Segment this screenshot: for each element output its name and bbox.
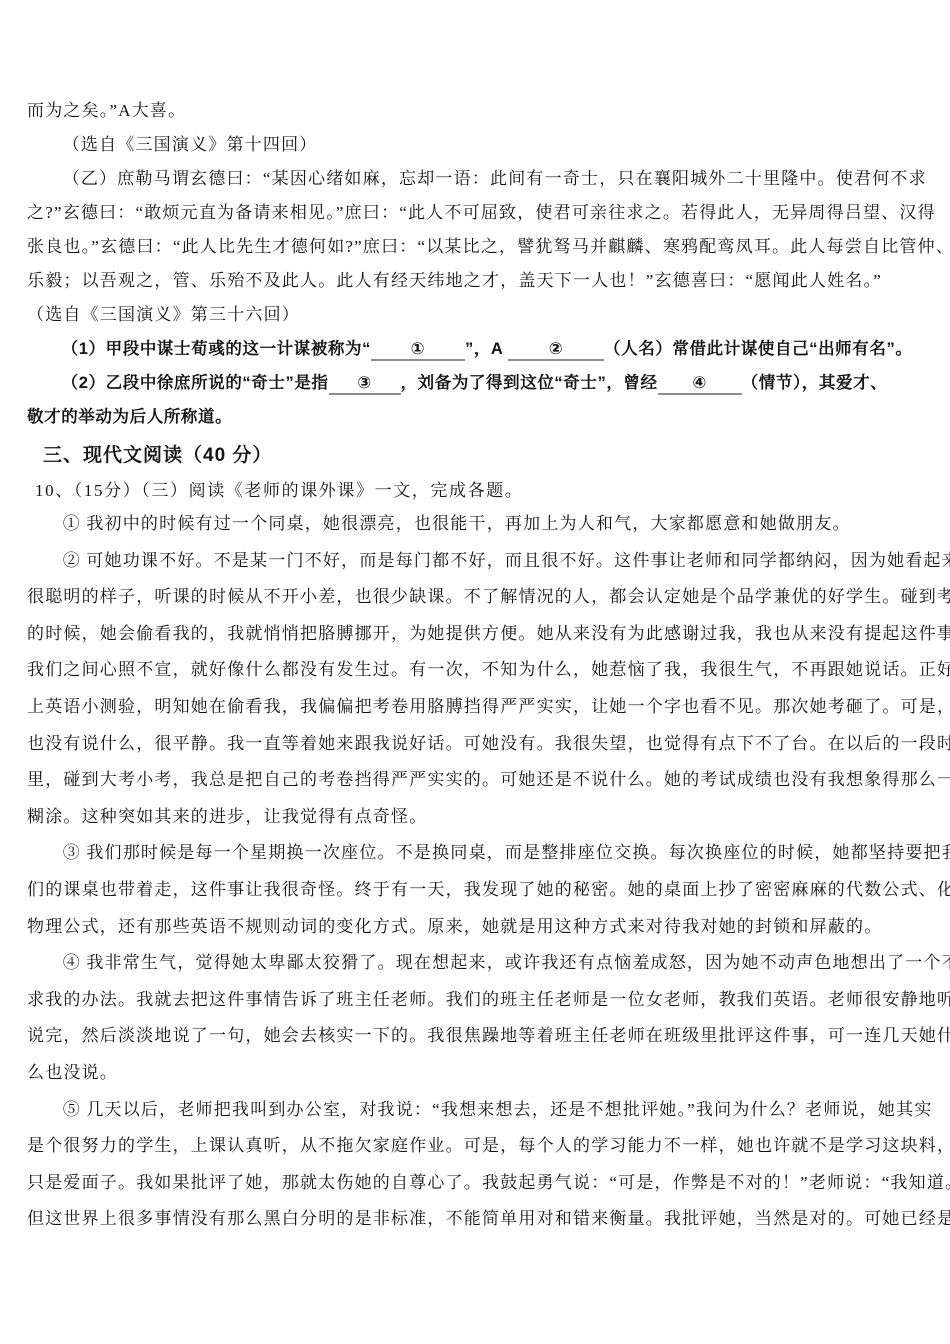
answer-blank: ③ xyxy=(329,374,401,395)
passage-para-4-line-2: 求我的办法。我就去把这件事情告诉了班主任老师。我们的班主任老师是一位女老师，教我… xyxy=(27,982,917,1019)
passage-para-3-line-1: ③ 我们那时候是每一个星期换一次座位。不是换同桌，而是整排座位交换。每次换座位的… xyxy=(27,835,917,872)
text-run: 也没有说什么，很平静。我一直等着她来跟我说好话。可她没有。我很失望，也觉得有点下… xyxy=(27,734,950,753)
passage-para-2-line-3: 的时候，她会偷看我的，我就悄悄把胳膊挪开，为她提供方便。她从来没有为此感谢过我，… xyxy=(27,616,917,653)
text-run: ① 我初中的时候有过一个同桌，她很漂亮，也很能干，再加上为人和气，大家都愿意和她… xyxy=(63,514,851,533)
text-run: ⑤ 几天以后，老师把我叫到办公室，对我说：“我想来想去，还是不想批评她。”我问为… xyxy=(63,1100,933,1119)
question-2: （2）乙段中徐庶所说的“奇士”是指③，刘备为了得到这位“奇士”，曾经④（情节），… xyxy=(27,366,917,400)
text-run: 么也没说。 xyxy=(27,1063,118,1082)
document-body: 而为之矣。”A大喜。（选自《三国演义》第十四回）（乙）庶勒马谓玄德曰：“某因心绪… xyxy=(27,94,917,1238)
text-run: ”，A xyxy=(465,340,508,358)
passage-para-2-line-8: 糊涂。这种突如其来的进步，让我觉得有点奇怪。 xyxy=(27,799,917,836)
text-run: 物理公式，还有那些英语不规则动词的变化方式。原来，她就是用这种方式来对待我对她的… xyxy=(27,917,882,936)
passage-para-2-line-2: 很聪明的样子，听课的时候从不开小差，也很少缺课。不了解情况的人，都会认定她是个品… xyxy=(27,579,917,616)
passage-para-2-line-5: 上英语小测验，明知她在偷看我，我偏偏把考卷用胳膊挡得严严实实，让她一个字也看不见… xyxy=(27,689,917,726)
question-2-cont: 敬才的举动为后人所称道。 xyxy=(27,400,917,434)
text-run: 10、（15分）（三）阅读《老师的课外课》一文，完成各题。 xyxy=(35,481,523,500)
text-run: 糊涂。这种突如其来的进步，让我觉得有点奇怪。 xyxy=(27,807,427,826)
text-run: 三、现代文阅读（40 分） xyxy=(43,445,272,466)
passage-para-5-line-1: ⑤ 几天以后，老师把我叫到办公室，对我说：“我想来想去，还是不想批评她。”我问为… xyxy=(27,1092,917,1129)
text-run: （2）乙段中徐庶所说的“奇士”是指 xyxy=(62,374,329,392)
text-run: （选自《三国演义》第三十六回） xyxy=(27,305,300,324)
exam-document-page: 而为之矣。”A大喜。（选自《三国演义》第十四回）（乙）庶勒马谓玄德曰：“某因心绪… xyxy=(0,0,950,1344)
text-run: 里，碰到大考小考，我总是把自己的考卷挡得严严实实的。可她还是不说什么。她的考试成… xyxy=(27,770,950,789)
passage-para-4-line-4: 么也没说。 xyxy=(27,1055,917,1092)
text-run: ④ 我非常生气，觉得她太卑鄙太狡猾了。现在想起来，或许我还有点恼羞成怒，因为她不… xyxy=(63,953,950,972)
text-run: 上英语小测验，明知她在偷看我，我偏偏把考卷用胳膊挡得严严实实，让她一个字也看不见… xyxy=(27,697,950,716)
jia-source-citation: （选自《三国演义》第十四回） xyxy=(27,128,917,162)
text-run: 是个很努力的学生，上课认真听，从不拖欠家庭作业。可是，每个人的学习能力不一样，她… xyxy=(27,1136,950,1155)
yi-excerpt-line-1: （乙）庶勒马谓玄德曰：“某因心绪如麻，忘却一语：此间有一奇士，只在襄阳城外二十里… xyxy=(27,162,917,196)
yi-source-citation: （选自《三国演义》第三十六回） xyxy=(27,298,917,332)
passage-para-2-line-6: 也没有说什么，很平静。我一直等着她来跟我说好话。可她没有。我很失望，也觉得有点下… xyxy=(27,726,917,763)
question-1: （1）甲段中谋士荀彧的这一计谋被称为“①”，A ②（人名）常借此计谋使自己“出师… xyxy=(27,332,917,366)
text-run: 们的课桌也带着走，这件事让我很奇怪。终于有一天，我发现了她的秘密。她的桌面上抄了… xyxy=(27,880,950,899)
text-run: 说完，然后淡淡地说了一句，她会去核实一下的。我很焦躁地等着班主任老师在班级里批评… xyxy=(27,1026,950,1045)
passage-para-3-line-3: 物理公式，还有那些英语不规则动词的变化方式。原来，她就是用这种方式来对待我对她的… xyxy=(27,909,917,946)
passage-para-4-line-1: ④ 我非常生气，觉得她太卑鄙太狡猾了。现在想起来，或许我还有点恼羞成怒，因为她不… xyxy=(27,945,917,982)
passage-para-2-line-1: ② 可她功课不好。不是某一门不好，而是每门都不好，而且很不好。这件事让老师和同学… xyxy=(27,543,917,580)
passage-para-5-line-4: 但这世界上很多事情没有那么黑白分明的是非标准，不能简单用对和错来衡量。我批评她，… xyxy=(27,1201,917,1238)
passage-para-2-line-4: 我们之间心照不宣，就好像什么都没有发生过。有一次，不知为什么，她惹恼了我，我很生… xyxy=(27,652,917,689)
text-run: （人名）常借此计谋使自己“出师有名”。 xyxy=(604,340,912,358)
text-run: 的时候，她会偷看我的，我就悄悄把胳膊挪开，为她提供方便。她从来没有为此感谢过我，… xyxy=(27,624,950,643)
text-run: ③ 我们那时候是每一个星期换一次座位。不是换同桌，而是整排座位交换。每次换座位的… xyxy=(63,843,950,862)
passage-para-4-line-3: 说完，然后淡淡地说了一句，她会去核实一下的。我很焦躁地等着班主任老师在班级里批评… xyxy=(27,1018,917,1055)
text-run: 很聪明的样子，听课的时候从不开小差，也很少缺课。不了解情况的人，都会认定她是个品… xyxy=(27,587,950,606)
yi-excerpt-line-3: 张良也。”玄德曰：“此人比先生才德何如?”庶曰：“以某比之，譬犹驽马并麒麟、寒鸦… xyxy=(27,230,917,264)
text-run: ② 可她功课不好。不是某一门不好，而是每门都不好，而且很不好。这件事让老师和同学… xyxy=(63,551,950,570)
text-run: 我们之间心照不宣，就好像什么都没有发生过。有一次，不知为什么，她惹恼了我，我很生… xyxy=(27,660,950,679)
text-run: 乐毅；以吾观之，管、乐殆不及此人。此人有经天纬地之才，盖天下一人也！”玄德喜曰：… xyxy=(27,271,882,290)
text-run: 而为之矣。”A大喜。 xyxy=(27,101,186,120)
text-run: 但这世界上很多事情没有那么黑白分明的是非标准，不能简单用对和错来衡量。我批评她，… xyxy=(27,1209,950,1228)
passage-para-5-line-2: 是个很努力的学生，上课认真听，从不拖欠家庭作业。可是，每个人的学习能力不一样，她… xyxy=(27,1128,917,1165)
text-run: 敬才的举动为后人所称道。 xyxy=(27,408,232,426)
text-run: （1）甲段中谋士荀彧的这一计谋被称为“ xyxy=(62,340,371,358)
yi-excerpt-line-4: 乐毅；以吾观之，管、乐殆不及此人。此人有经天纬地之才，盖天下一人也！”玄德喜曰：… xyxy=(27,264,917,298)
answer-blank: ② xyxy=(508,340,604,361)
text-run: （乙）庶勒马谓玄德曰：“某因心绪如麻，忘却一语：此间有一奇士，只在襄阳城外二十里… xyxy=(63,169,927,188)
passage-para-5-line-3: 只是爱面子。我如果批评了她，那就太伤她的自尊心了。我鼓起勇气说：“可是，作弊是不… xyxy=(27,1165,917,1202)
text-run: 张良也。”玄德曰：“此人比先生才德何如?”庶曰：“以某比之，譬犹驽马并麒麟、寒鸦… xyxy=(27,237,950,256)
text-run: 只是爱面子。我如果批评了她，那就太伤她的自尊心了。我鼓起勇气说：“可是，作弊是不… xyxy=(27,1173,950,1192)
text-run: （情节），其爱才、 xyxy=(742,374,888,392)
text-run: 之?”玄德曰：“敢烦元直为备请来相见。”庶曰：“此人不可屈致，使君可亲往求之。若… xyxy=(27,203,936,222)
question-10-intro: 10、（15分）（三）阅读《老师的课外课》一文，完成各题。 xyxy=(35,476,917,506)
answer-blank: ① xyxy=(371,340,465,361)
text-run: ，刘备为了得到这位“奇士”，曾经 xyxy=(401,374,658,392)
yi-excerpt-line-2: 之?”玄德曰：“敢烦元直为备请来相见。”庶曰：“此人不可屈致，使君可亲往求之。若… xyxy=(27,196,917,230)
text-run: 求我的办法。我就去把这件事情告诉了班主任老师。我们的班主任老师是一位女老师，教我… xyxy=(27,990,950,1009)
passage-para-3-line-2: 们的课桌也带着走，这件事让我很奇怪。终于有一天，我发现了她的秘密。她的桌面上抄了… xyxy=(27,872,917,909)
section-3-heading: 三、现代文阅读（40 分） xyxy=(43,436,917,476)
answer-blank: ④ xyxy=(658,374,742,395)
text-run: （选自《三国演义》第十四回） xyxy=(63,135,318,154)
passage-para-1: ① 我初中的时候有过一个同桌，她很漂亮，也很能干，再加上为人和气，大家都愿意和她… xyxy=(27,506,917,543)
jia-excerpt-ending: 而为之矣。”A大喜。 xyxy=(27,94,917,128)
passage-para-2-line-7: 里，碰到大考小考，我总是把自己的考卷挡得严严实实的。可她还是不说什么。她的考试成… xyxy=(27,762,917,799)
